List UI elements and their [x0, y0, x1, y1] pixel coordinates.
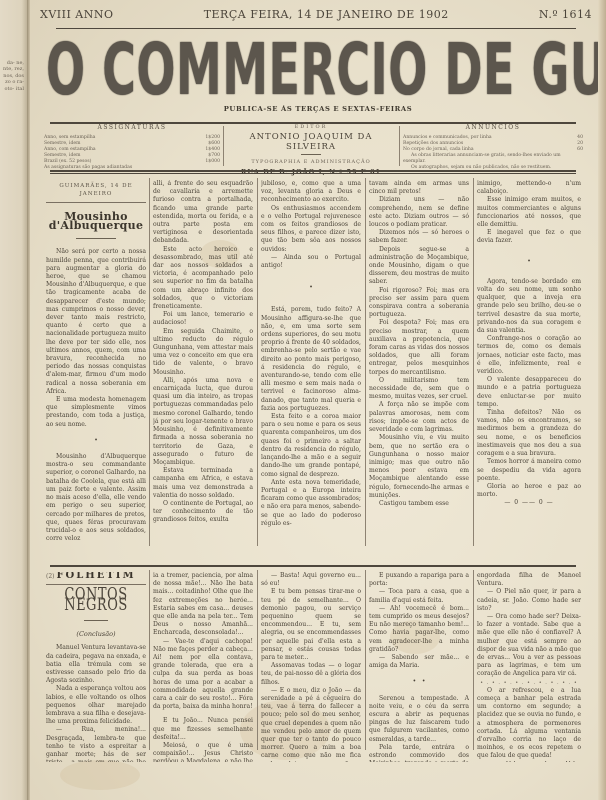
article-paragraph: Não será por certo a nossa humilde penna…: [46, 248, 146, 396]
story-paragraph: — O Piel não quer, ir para a cadeia, sr.…: [477, 588, 581, 613]
story-title: CONTOS NEGROS: [46, 591, 146, 612]
issue-number: N.º 1614: [539, 8, 592, 21]
article-column-1: GUIMARÃES, 14 DE JANEIRO Mousinho d'Albu…: [46, 178, 146, 548]
editor-label: EDITOR: [226, 124, 396, 130]
section-star: •: [261, 284, 361, 292]
column-divider: [149, 570, 150, 750]
column-divider: [223, 126, 224, 166]
article-paragraph: E inegavel que fez o que devia fazer.: [477, 229, 581, 245]
folhetim-column-1: (2) FOLHETIM CONTOS NEGROS (Conclusão) M…: [46, 572, 146, 762]
article-paragraph: Depois segue-se a administração de Moçam…: [369, 246, 469, 287]
article-paragraph: tavam ainda em armas uns cinco mil preto…: [369, 180, 469, 196]
story-paragraph: Manuel Ventura levantava-se da cadeira, …: [46, 644, 146, 685]
article-paragraph: alli, á frente do seu esquadrão de caval…: [153, 180, 253, 246]
end-ornament: — 0 —— 0 —: [477, 499, 581, 507]
article-paragraph: Confrange-nos o coração ao termos de, co…: [477, 335, 581, 376]
advertising-title: ANNUNCIOS: [403, 124, 583, 131]
article-paragraph: Temos horror á maneira como se despediu …: [477, 458, 581, 483]
article-paragraph: Castigou tambem esse: [369, 500, 469, 508]
story-paragraph: ia a tremer, paciencia, por alma de noss…: [153, 572, 253, 638]
story-paragraph: E tu João... Nunca pensei que me fizesse…: [153, 717, 253, 742]
story-paragraph: — Ah! vocemecê é bom... tem cumprido os …: [369, 605, 469, 654]
folhetim-column-2: ia a tremer, paciencia, por alma de noss…: [153, 572, 253, 762]
column-divider: [257, 570, 258, 750]
article-headline: Mousinho d'Albuquerque: [46, 213, 146, 229]
article-paragraph: Gloria ao heroe e paz ao morto.: [477, 483, 581, 499]
short-rule: [301, 154, 321, 155]
paper-stain: [60, 760, 140, 790]
story-paragraph: E puxando a rapariga para a porta:: [369, 572, 469, 588]
column-divider: [365, 178, 366, 546]
article-paragraph: Agora, tendo-se bordado em volta do seu …: [477, 278, 581, 335]
title-rule: [84, 620, 108, 621]
separator-dots: • . • . • . • . • . • . • . • . •: [477, 679, 581, 687]
story-paragraph: — Vae-te d'aqui cachopa! Não me façes pe…: [153, 638, 253, 712]
article-paragraph: Foi um lance, temerario e audacioso!: [153, 311, 253, 327]
story-paragraph: — Toca para a casa, que a familia d'aqui…: [369, 588, 469, 604]
article-paragraph: jubiloso, e, como que a uma voz, levanta…: [261, 180, 361, 205]
section-rule-thin: [50, 173, 576, 174]
masthead-info-line: XVIII ANNO TERÇA FEIRA, 14 DE JANEIRO DE…: [40, 4, 592, 24]
article-column-5: inimigo, mettendo-o n'um calaboiço. Esse…: [477, 180, 581, 548]
article-paragraph: Este acto heroico e desassombrado, mas u…: [153, 246, 253, 312]
column-divider: [399, 126, 400, 166]
story-paragraph: — Sabendo ser mãe... e amiga da Maria.: [369, 654, 469, 670]
previous-page-text: da- ne, nte, rez, nos, dos zo o ra- oto-…: [2, 60, 24, 92]
column-divider: [473, 178, 474, 546]
article-paragraph: — Ainda sou o Portugal antigo!: [261, 254, 361, 270]
article-paragraph: Mousinho viu, e viu muito bem, que no se…: [369, 434, 469, 500]
editor-name: ANTONIO JOAQUIM DA SILVEIRA: [226, 132, 396, 152]
article-paragraph: inimigo, mettendo-o n'um calaboiço.: [477, 180, 581, 196]
year-label: XVIII ANNO: [40, 8, 114, 21]
page-right-edge: [598, 0, 606, 800]
office-address: RUA DE D. JOÃO I, N.º 59 E 61: [226, 168, 396, 176]
newspaper-title: O COMMERCIO DE GUIMARÃES: [46, 38, 592, 134]
article-paragraph: Foi despota? Foi; mas era preciso mostra…: [369, 319, 469, 376]
folhetim-column-5: engordada filha de Manoel Ventura. — O P…: [477, 572, 581, 762]
column-divider: [473, 570, 474, 750]
story-paragraph: E tu bem pensas tirar-me o teu pé de sem…: [261, 588, 361, 662]
section-star: •: [477, 258, 581, 266]
article-paragraph: O militarismo tem necessidade de, sem qu…: [369, 377, 469, 402]
story-conclusion-label: (Conclusão): [46, 630, 146, 638]
article-paragraph: Ante esta nova temeridade, Portugal e a …: [261, 479, 361, 528]
column-divider: [257, 178, 258, 546]
previous-page-edge: da- ne, nte, rez, nos, dos zo o ra- oto-…: [0, 0, 27, 800]
story-paragraph: — Basta! Aqui governo eu... só eu!: [261, 572, 361, 588]
folhetim-column-4: E puxando a rapariga para a porta: — Toc…: [369, 572, 469, 762]
folhetim-column-3: — Basta! Aqui governo eu... só eu! E tu …: [261, 572, 361, 762]
article-paragraph: Esse inimigo eram muitos, e muitos comme…: [477, 196, 581, 229]
article-paragraph: A força não se impõe com palavras amoros…: [369, 401, 469, 434]
folhetim-number: (2): [46, 573, 55, 581]
article-paragraph: Alli, após uma nova e encarniçada lucta,…: [153, 377, 253, 467]
column-divider: [365, 570, 366, 750]
article-paragraph: Estava terminada a campanha em Africa, e…: [153, 467, 253, 500]
advertising-note: As obras litterarias annunciam-se gratis…: [403, 153, 583, 165]
article-column-3: jubiloso, e, como que a uma voz, levanta…: [261, 180, 361, 548]
story-paragraph: Serenou a tempestade. A noite veiu, e o …: [369, 695, 469, 744]
story-paragraph: — E o meu, diz o João — da serenidade a …: [261, 687, 361, 762]
article-dateline: GUIMARÃES, 14 DE JANEIRO: [46, 178, 146, 203]
story-paragraph: — Rua, menina!... Desgraçada, lembra-te …: [46, 726, 146, 762]
article-paragraph: Em seguida Chaimite, o ultimo reducto do…: [153, 328, 253, 377]
story-paragraph: Assomavas todas — o logar teu, de pai-no…: [261, 662, 361, 687]
column-divider: [149, 178, 150, 546]
article-paragraph: O valente desappareceu do mundo e a patr…: [477, 376, 581, 409]
subscriptions-title: ASSIGNATURAS: [44, 124, 220, 131]
story-paragraph: — Ah! rapaz!... Ah!... horror!...: [477, 761, 581, 762]
article-paragraph: Mousinho d'Albuquerque mostra-o seu comm…: [46, 453, 146, 543]
story-paragraph: — Ora como hade ser? Deixa-lo fazer a vo…: [477, 613, 581, 679]
story-paragraph: Pela tarde, entrára o estrondo commovido…: [369, 744, 469, 762]
article-paragraph: Os enthusiasmos accendem e o velho Portu…: [261, 205, 361, 254]
advertising-block: ANNUNCIOS Annuncios e communicados, por …: [403, 124, 583, 168]
article-paragraph: Está, porem, tudo feito? A Mousinho affi…: [261, 306, 361, 413]
section-star: •: [46, 437, 146, 445]
issue-date: TERÇA FEIRA, 14 DE JANEIRO DE 1902: [204, 8, 449, 21]
subscriptions-block: ASSIGNATURAS Anno, sem estampilha1$200 S…: [44, 124, 220, 168]
article-paragraph: Dizemos nós — só heroes o sabem fazer.: [369, 229, 469, 245]
article-column-4: tavam ainda em armas uns cinco mil preto…: [369, 180, 469, 548]
story-paragraph: Meiosá, o que é uma compaixão!... Jesus …: [153, 742, 253, 762]
story-paragraph: engordada filha de Manoel Ventura.: [477, 572, 581, 588]
folhetim-header: (2) FOLHETIM: [46, 572, 146, 585]
article-paragraph: O continente de Portugal, ao ter conheci…: [153, 500, 253, 525]
folhetim-label: FOLHETIM: [46, 572, 146, 580]
publisher-block: EDITOR ANTONIO JOAQUIM DA SILVEIRA TYPOG…: [226, 124, 396, 168]
story-paragraph: O ar refrescou, e a lua começa a banhar …: [477, 687, 581, 761]
article-paragraph: Diziam uns — não comprehendo, nem se def…: [369, 196, 469, 229]
article-column-2: alli, á frente do seu esquadrão de caval…: [153, 180, 253, 548]
publication-schedule: PUBLICA-SE ÁS TERÇAS E SEXTAS-FEIRAS: [30, 105, 606, 113]
story-paragraph: Nada a esperança voltou aos labios, e el…: [46, 685, 146, 726]
newspaper-page: XVIII ANNO TERÇA FEIRA, 14 DE JANEIRO DE…: [30, 0, 606, 800]
headline-rule: [76, 238, 116, 239]
article-paragraph: Tinha defeitos? Não os vamos, não os enc…: [477, 409, 581, 458]
office-label: TYPOGRAPHIA E ADMINISTRAÇÃO: [226, 159, 396, 165]
article-paragraph: E uma modesta homenagem que simplesmente…: [46, 396, 146, 429]
article-paragraph: Foi rigoroso? Foi; mas era preciso ser a…: [369, 287, 469, 320]
article-paragraph: Esta feito e a coroa maior para o seu no…: [261, 413, 361, 479]
section-rule: [50, 170, 576, 172]
section-stars: • •: [369, 678, 469, 686]
folhetim-rule: [50, 565, 576, 567]
